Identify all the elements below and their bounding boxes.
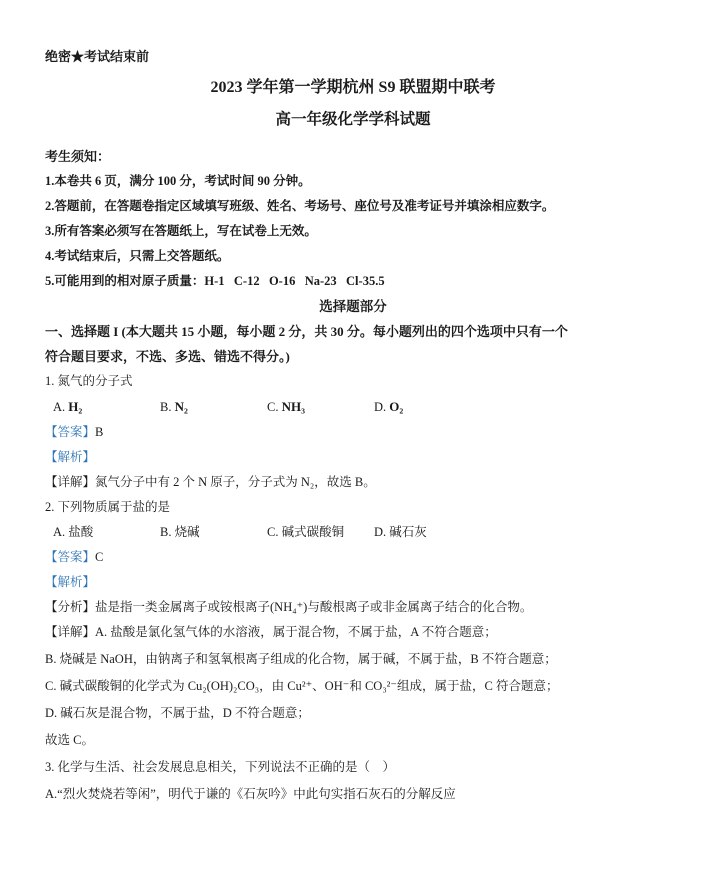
question-3: 3. 化学与生活、社会发展息息相关，下列说法不正确的是（ ） A.“烈火焚烧若等… — [45, 755, 661, 807]
question-1-option-d: D. O₂ — [374, 394, 403, 420]
question-1-option-b: B. N₂ — [160, 394, 267, 420]
question-2-option-c: C. 碱式碳酸铜 — [267, 520, 374, 545]
question-2-option-d: D. 碱石灰 — [374, 520, 427, 545]
option-c-label: C. — [267, 400, 278, 414]
answer-value: B — [95, 425, 103, 439]
answer-label: 【答案】 — [45, 425, 95, 439]
analysis-label: 【解析】 — [45, 575, 95, 589]
question-1-stem: 1. 氮气的分子式 — [45, 369, 661, 394]
question-2-option-a: A. 盐酸 — [53, 520, 160, 545]
exam-paper-page: 绝密★考试结束前 2023 学年第一学期杭州 S9 联盟期中联考 高一年级化学学… — [0, 0, 701, 877]
notice-item-2: 2.答题前，在答题卷指定区域填写班级、姓名、考场号、座位号及准考证号并填涂相应数… — [45, 194, 661, 219]
option-a-label: A. — [53, 400, 65, 414]
option-b-label: B. — [160, 525, 171, 539]
section-instruction-line1: 一、选择题 I (本大题共 15 小题，每小题 2 分，共 30 分。每小题列出… — [45, 319, 661, 344]
option-b-formula: N₂ — [175, 399, 188, 414]
option-a-text: 盐酸 — [68, 525, 93, 539]
notice-item-1: 1.本卷共 6 页，满分 100 分，考试时间 90 分钟。 — [45, 169, 661, 194]
question-2-options: A. 盐酸 B. 烧碱 C. 碱式碳酸铜 D. 碱石灰 — [45, 520, 661, 545]
answer-value: C — [95, 550, 103, 564]
question-2-detail-a: 【详解】A. 盐酸是氯化氢气体的水溶液，属于混合物，不属于盐，A 不符合题意； — [45, 620, 661, 645]
option-a-label: A. — [53, 525, 65, 539]
question-2-analysis-label: 【解析】 — [45, 570, 661, 595]
candidate-notice-section: 考生须知： 1.本卷共 6 页，满分 100 分，考试时间 90 分钟。 2.答… — [45, 144, 661, 294]
question-2-detail-c: C. 碱式碳酸铜的化学式为 Cu₂(OH)₂CO₃，由 Cu²⁺、OH⁻和 CO… — [45, 674, 661, 699]
section-instruction-line2: 符合题目要求，不选、多选、错选不得分。) — [45, 344, 661, 369]
question-2-detail-d: D. 碱石灰是混合物，不属于盐，D 不符合题意； — [45, 701, 661, 726]
answer-label: 【答案】 — [45, 550, 95, 564]
question-2-detail-b: B. 烧碱是 NaOH，由钠离子和氢氧根离子组成的化合物，属于碱，不属于盐，B … — [45, 647, 661, 672]
question-2-conclusion: 故选 C。 — [45, 728, 661, 753]
question-3-stem: 3. 化学与生活、社会发展息息相关，下列说法不正确的是（ ） — [45, 755, 661, 780]
candidate-notice-heading: 考生须知： — [45, 144, 661, 169]
question-2-analysis: 【分析】盐是指一类金属离子或铵根离子(NH₄⁺)与酸根离子或非金属离子结合的化合… — [45, 595, 661, 620]
notice-item-5: 5.可能用到的相对原子质量：H-1 C-12 O-16 Na-23 Cl-35.… — [45, 269, 661, 294]
question-2-stem: 2. 下列物质属于盐的是 — [45, 495, 661, 520]
question-2-answer-line: 【答案】C — [45, 545, 661, 570]
secrecy-notice: 绝密★考试结束前 — [45, 48, 661, 66]
question-1-option-a: A. H₂ — [53, 394, 160, 420]
option-c-formula: NH₃ — [282, 399, 305, 414]
option-c-label: C. — [267, 525, 278, 539]
notice-item-4: 4.考试结束后，只需上交答题纸。 — [45, 244, 661, 269]
option-b-text: 烧碱 — [175, 525, 200, 539]
section-part-title: 选择题部分 — [45, 294, 661, 319]
option-d-formula: O₂ — [389, 399, 403, 414]
question-2-option-b: B. 烧碱 — [160, 520, 267, 545]
option-d-label: D. — [374, 400, 386, 414]
question-1-analysis-label: 【解析】 — [45, 445, 661, 470]
exam-title-line2: 高一年级化学学科试题 — [45, 108, 661, 132]
option-d-text: 碱石灰 — [389, 525, 427, 539]
option-c-text: 碱式碳酸铜 — [282, 525, 345, 539]
question-1-answer-line: 【答案】B — [45, 420, 661, 445]
exam-title-line1: 2023 学年第一学期杭州 S9 联盟期中联考 — [45, 76, 661, 100]
notice-item-3: 3.所有答案必须写在答题纸上，写在试卷上无效。 — [45, 219, 661, 244]
option-d-label: D. — [374, 525, 386, 539]
analysis-label: 【解析】 — [45, 450, 95, 464]
question-2: 2. 下列物质属于盐的是 A. 盐酸 B. 烧碱 C. 碱式碳酸铜 D. 碱石灰… — [45, 495, 661, 753]
question-1-option-c: C. NH₃ — [267, 394, 374, 420]
question-1: 1. 氮气的分子式 A. H₂ B. N₂ C. NH₃ D. O₂ 【答案】B… — [45, 369, 661, 495]
question-1-options: A. H₂ B. N₂ C. NH₃ D. O₂ — [45, 394, 661, 420]
option-b-label: B. — [160, 400, 171, 414]
question-3-option-a: A.“烈火焚烧若等闲”，明代于谦的《石灰吟》中此句实指石灰石的分解反应 — [45, 782, 661, 807]
option-a-formula: H₂ — [68, 399, 82, 414]
question-1-detail: 【详解】氮气分子中有 2 个 N 原子，分子式为 N₂，故选 B。 — [45, 470, 661, 495]
